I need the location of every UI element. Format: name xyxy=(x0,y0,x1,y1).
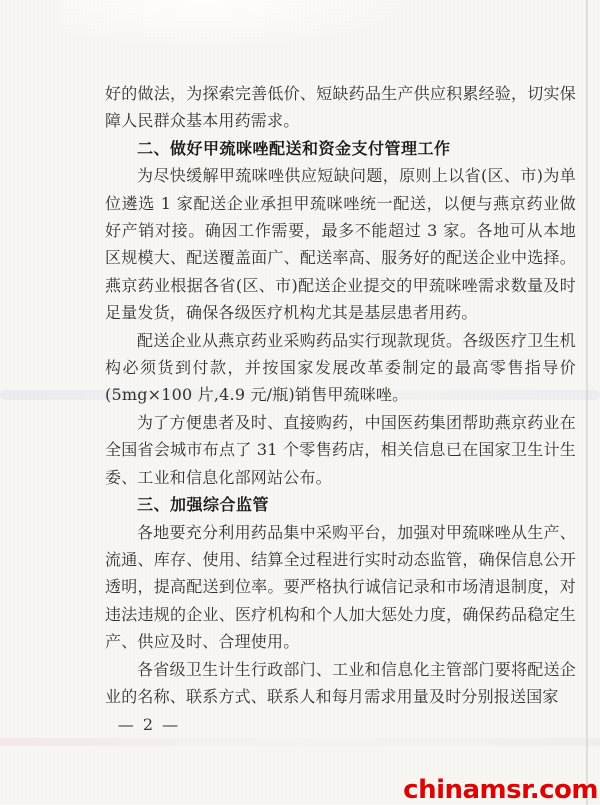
paragraph: 配送企业从燕京药业采购药品实行现款现货。各级医疗卫生机构必须货到付款，并按国家发… xyxy=(105,327,576,409)
paragraph: 为了方便患者及时、直接购药，中国医药集团帮助燕京药业在全国省会城市布点了 31 … xyxy=(105,409,576,491)
document-body: 好的做法，为探索完善低价、短缺药品生产供应积累经验，切实保障人民群众基本用药需求… xyxy=(105,80,576,739)
paragraph: 各地要充分利用药品集中采购平台，加强对甲巯咪唑从生产、流通、库存、使用、结算全过… xyxy=(105,519,576,656)
section-heading-3: 三、加强综合监管 xyxy=(105,491,576,518)
paragraph: 为尽快缓解甲巯咪唑供应短缺问题，原则上以省(区、市)为单位遴选 1 家配送企业承… xyxy=(105,162,576,326)
scan-artifact-streak xyxy=(0,738,600,746)
paragraph-continuation: 好的做法，为探索完善低价、短缺药品生产供应积累经验，切实保障人民群众基本用药需求… xyxy=(105,80,576,135)
section-heading-2: 二、做好甲巯咪唑配送和资金支付管理工作 xyxy=(105,135,576,162)
scan-artifact-highlight xyxy=(60,0,420,50)
watermark-chinamsr: chinamsr.com xyxy=(403,777,598,803)
page-number: — 2 — xyxy=(105,711,576,738)
scanned-document-page: { "page": { "page_number": "— 2 —", "wat… xyxy=(0,0,600,805)
paragraph: 各省级卫生计生行政部门、工业和信息化主管部门要将配送企业的名称、联系方式、联系人… xyxy=(105,656,576,711)
page-edge xyxy=(586,0,588,805)
